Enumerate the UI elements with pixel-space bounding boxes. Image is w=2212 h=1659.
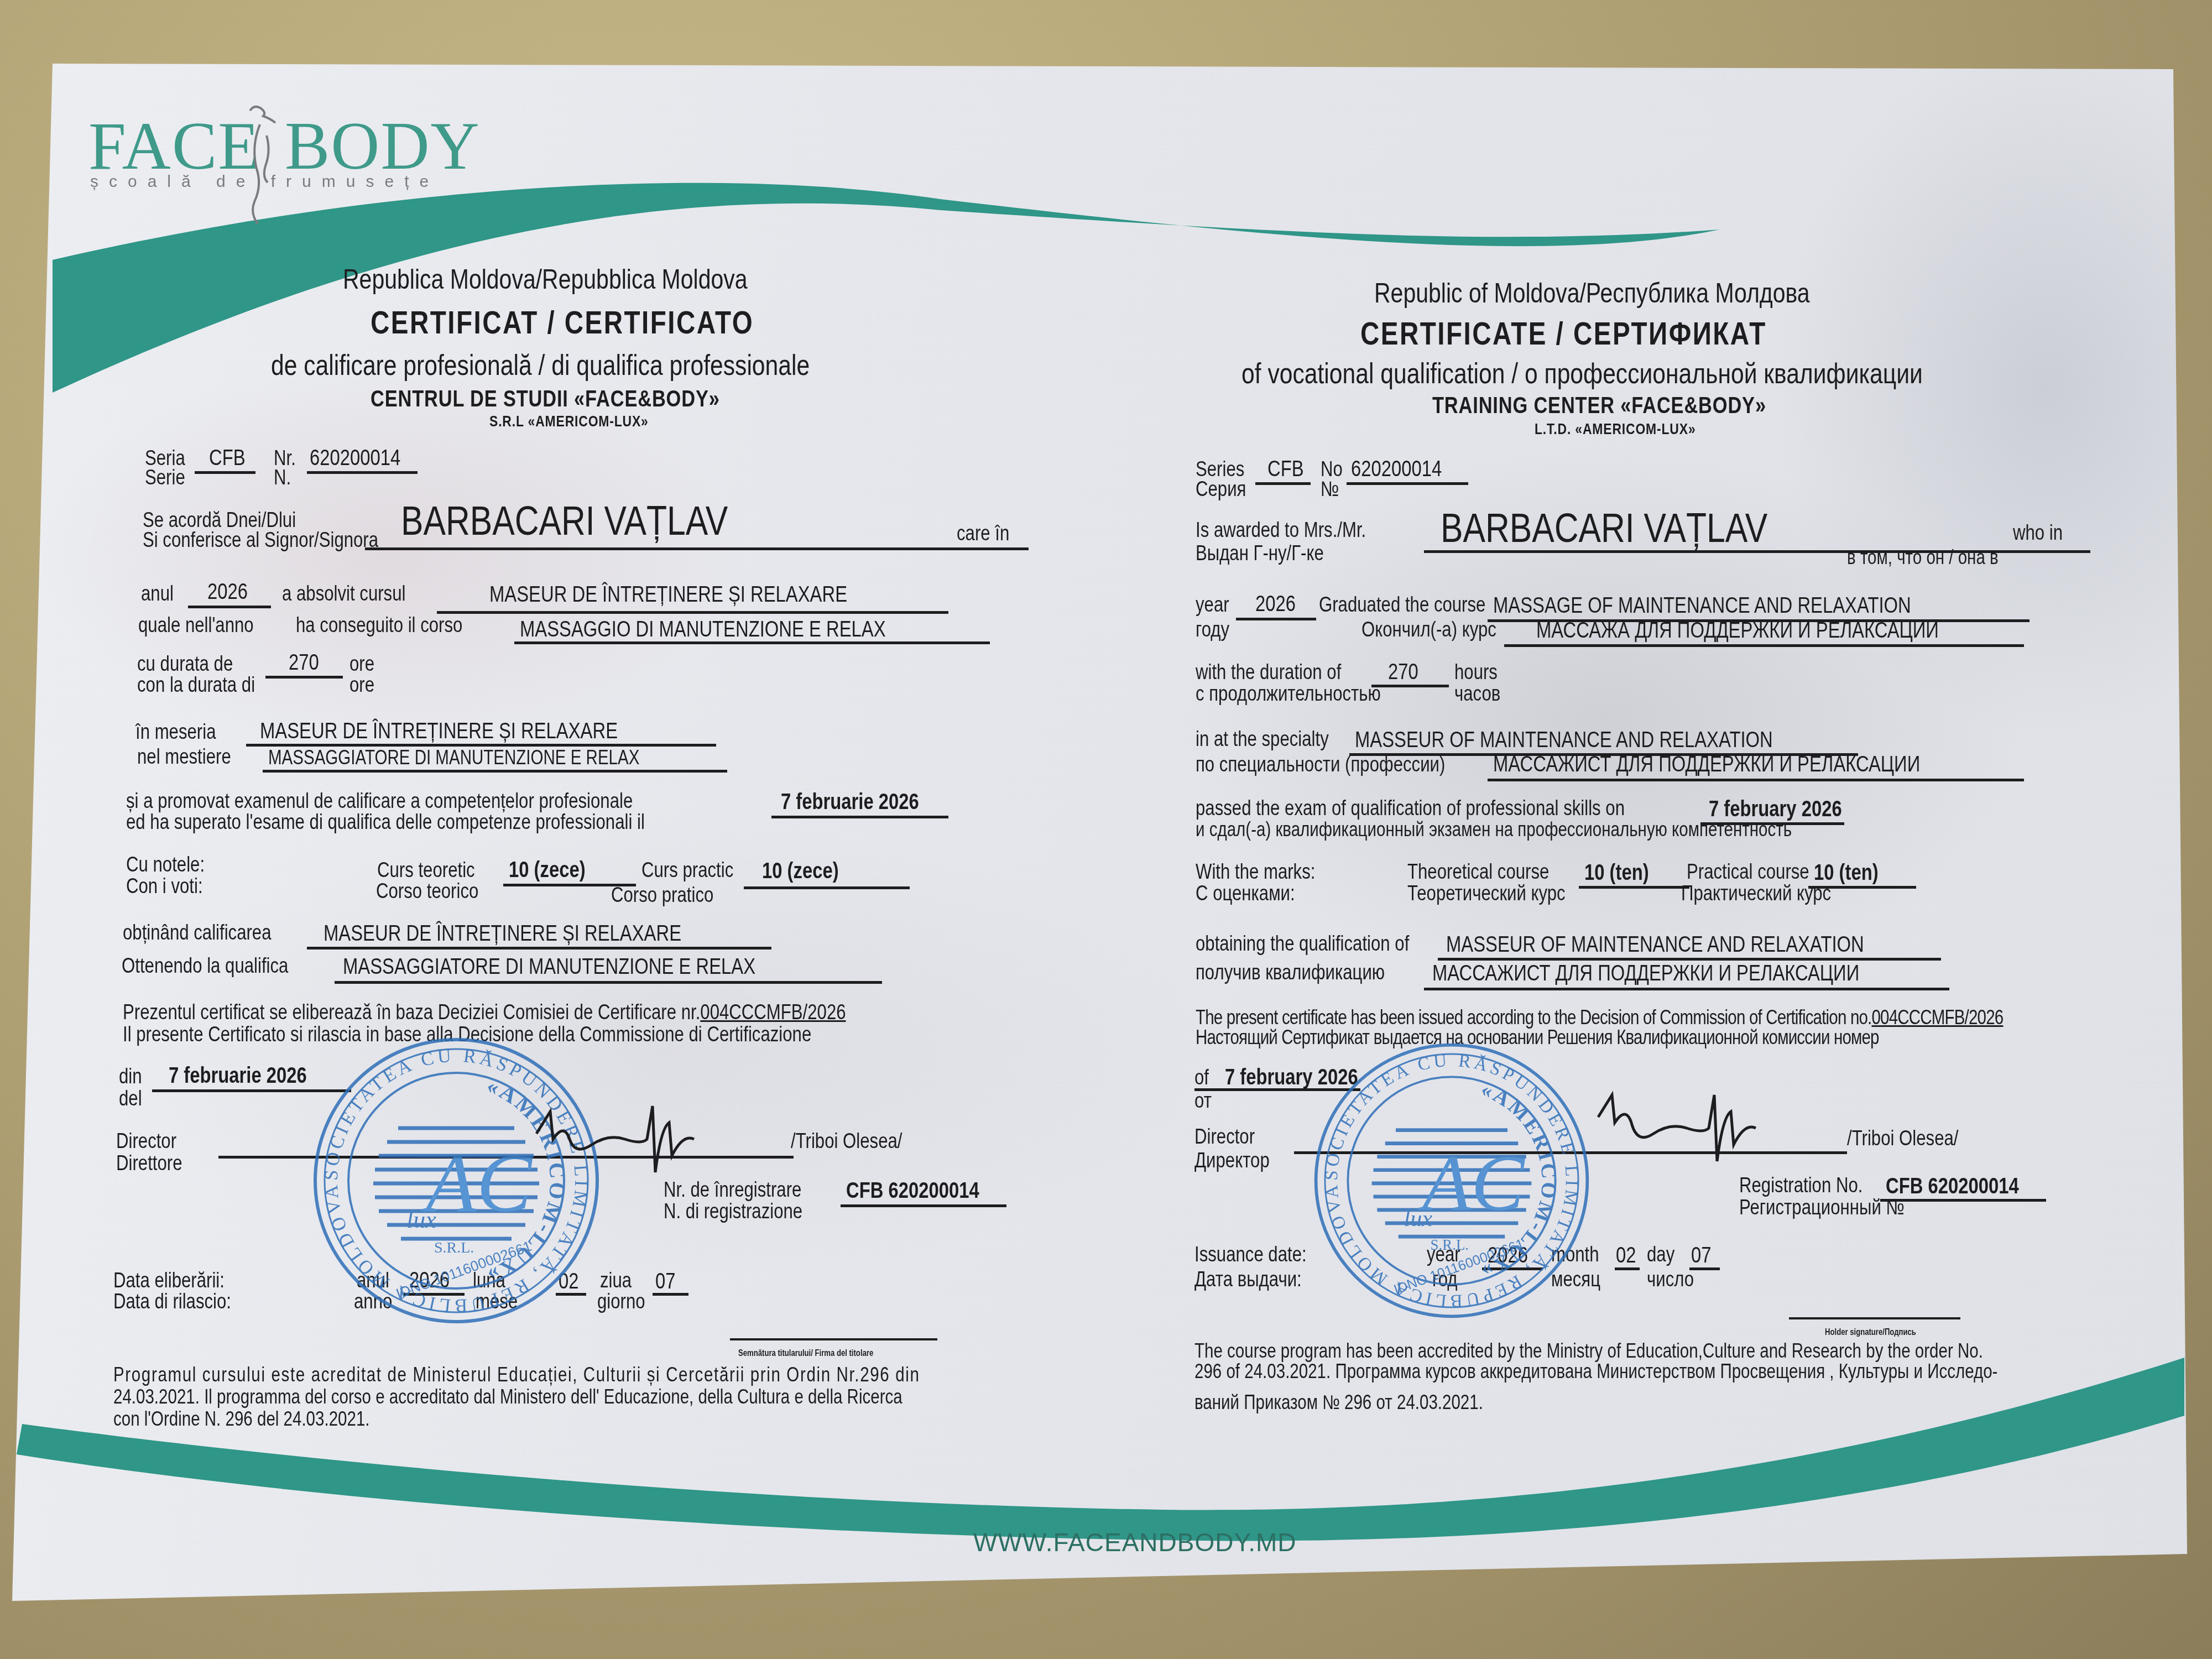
right-accreditation-line-1: The course program has been accredited b… [1194,1341,1983,1361]
right-exam-date: 7 february 2026 [1709,798,1842,820]
right-issue-date-label: Issuance date: [1194,1244,1307,1265]
left-issue-day-label-it: giorno [597,1291,645,1312]
right-director-name: /Triboi Olesea/ [1847,1128,1958,1149]
left-certificate-subtitle: de calificare profesională / di qualific… [271,351,810,380]
right-trade-label-ru: по специальности (профессии) [1196,754,1445,775]
right-director-signature [1593,1084,1792,1172]
right-issue-month-value: 02 [1616,1244,1636,1266]
right-accreditation-line-2: 296 of 24.03.2021. Программа курсов аккр… [1194,1361,1997,1381]
right-country-heading: Republic of Moldova/Республика Молдова [1374,279,1810,307]
left-series-underline [195,471,255,474]
left-awarded-label: Se acordă Dnei/Dlui [143,510,296,531]
left-director-label: Director [116,1131,176,1152]
right-trade-label: in at the specialty [1196,729,1329,750]
right-accreditation-line-3: ваний Приказом № 296 от 24.03.2021. [1194,1392,1483,1412]
left-series-label-it: Serie [145,467,185,488]
right-issue-day-label: day [1647,1244,1674,1265]
right-course-value-ru: МАССАЖА ДЛЯ ПОДДЕРЖКИ И РЕЛАКСАЦИИ [1536,619,1939,641]
left-number-value: 620200014 [310,447,400,469]
right-course-underline-ru [1504,644,2024,647]
left-director-label-it: Direttore [116,1153,182,1174]
right-issue-day-value: 07 [1691,1244,1711,1266]
left-course-underline-ro [437,611,948,614]
right-company-name: L.T.D. «AMERICOM-LUX» [1535,421,1695,437]
right-qualification-label-ru: получив квалификацию [1196,962,1385,983]
right-issue-month-underline [1615,1267,1640,1270]
right-duration-underline [1371,685,1449,687]
left-year-underline [188,606,271,608]
left-exam-label: și a promovat examenul de calificare a c… [126,791,633,812]
left-exam-underline [771,816,948,818]
right-duration-label: with the duration of [1196,662,1341,683]
left-stamp-monogram: AC [421,1138,533,1229]
left-trade-value-it: MASSAGGIATORE DI MANUTENZIONE E RELAX [268,748,639,768]
left-duration-label-it: con la durata di [137,675,255,696]
left-trade-label-it: nel mestiere [137,747,231,768]
right-qualification-underline-ru [1424,988,1949,990]
left-decision-text: Prezentul certificat se eliberează în ba… [123,1002,846,1023]
left-practice-label: Curs practic [641,860,733,881]
right-duration-value: 270 [1388,661,1418,683]
right-issue-day-underline [1689,1267,1720,1270]
left-qualification-label: obținând calificarea [123,922,271,943]
right-company-stamp: SOCIETATEA CU RĂSPUNDERE LIMITATĂ, REPUB… [1311,1040,1593,1322]
right-certificate-title: CERTIFICATE / СЕРТИФИКАТ [1360,318,1767,350]
right-director-label: Director [1194,1126,1255,1147]
left-issue-date-label: Data eliberării: [113,1270,225,1291]
right-holder-signature-label: Holder signature/Подпись [1825,1328,1916,1337]
left-decision-number: 004CCCMFB/2026 [700,1001,846,1024]
left-duration-label: cu durata de [137,654,233,675]
right-year-label: year [1196,594,1229,615]
right-registration-underline [1880,1199,2046,1202]
left-marks-label: Cu notele: [126,854,205,875]
right-series-label: Series [1196,459,1244,480]
right-awarded-label-ru: Выдан Г-ну/Г-ке [1196,543,1324,564]
left-theory-label: Curs teoretic [377,860,475,881]
right-director-label-ru: Директор [1194,1150,1270,1171]
left-qualification-underline-ro [307,947,771,950]
left-company-name: S.R.L «AMERICOM-LUX» [489,414,649,429]
right-qualification-value-ru: МАССАЖИСТ ДЛЯ ПОДДЕРЖКИ И РЕЛАКСАЦИИ [1432,962,1859,984]
right-series-label-ru: Серия [1196,479,1246,500]
left-holder-signature-label: Semnătura titularului/ Firma del titolar… [738,1349,873,1358]
right-decision-text: The present certificate has been issued … [1196,1008,2003,1027]
right-course-value-en: MASSAGE OF MAINTENANCE AND RELAXATION [1493,594,1911,617]
left-stamp-lux: lux [406,1206,436,1233]
left-director-name: /Triboi Olesea/ [791,1131,902,1152]
right-issue-date-label-ru: Дата выдачи: [1194,1269,1302,1290]
left-theory-grade: 10 (zece) [509,859,586,881]
left-training-center: CENTRUL DE STUDII «FACE&BODY» [371,387,720,410]
logo-tagline: școală de frumusețe [90,173,439,191]
right-exam-label: passed the exam of qualification of prof… [1196,798,1625,819]
right-marks-label-ru: С оценками: [1196,883,1295,904]
left-registration-label-it: N. di registrazione [664,1201,802,1222]
right-awarded-suffix-ru: в том, что он / она в [1847,547,1999,567]
left-exam-label-it: ed ha superato l'esame di qualifica dell… [126,812,645,833]
left-trade-value-ro: MASEUR DE ÎNTREȚINERE ȘI RELAXARE [260,720,618,742]
right-qualification-label: obtaining the qualification of [1196,933,1409,954]
left-course-label: a absolvit cursul [282,583,405,604]
left-recipient-name: BARBACARI VAȚLAV [401,500,728,541]
right-decision-date-label-ru: от [1194,1091,1212,1112]
left-theory-label-it: Corso teorico [376,881,478,902]
left-year-label: anul [141,583,174,604]
left-practice-grade: 10 (zece) [762,860,839,882]
left-registration-underline [841,1204,1006,1207]
left-awarded-suffix: care în [957,523,1009,544]
right-course-label-ru: Окончил(-а) курс [1361,619,1496,640]
right-certificate-subtitle: of vocational qualification / о професси… [1241,359,1923,388]
left-issue-day-underline [653,1293,688,1296]
right-awarded-label: Is awarded to Mrs./Mr. [1196,520,1366,541]
left-duration-underline [265,676,343,679]
left-accreditation-line-3: con l'Ordine N. 296 del 24.03.2021. [113,1409,370,1429]
left-name-underline [365,547,1029,550]
left-trade-underline-it [263,770,727,773]
right-holder-signature-line [1789,1317,1960,1319]
right-trade-underline-ru [1488,779,2024,781]
right-stamp-lux: lux [1404,1206,1432,1232]
left-certificate-title: CERTIFICAT / CERTIFICATO [371,307,754,339]
right-stamp-monogram: AC [1418,1139,1525,1228]
left-duration-value: 270 [289,651,319,674]
left-country-heading: Republica Moldova/Repubblica Moldova [343,265,748,293]
right-year-label-ru: году [1196,619,1229,640]
left-accreditation-line-1: Programul cursului este acreditat de Min… [113,1365,920,1385]
left-exam-date: 7 februarie 2026 [781,791,919,813]
left-decision-date-label: din [119,1066,142,1087]
right-number-label-ru: № [1321,479,1339,500]
right-series-underline [1255,482,1311,485]
left-decision-date-value: 7 februarie 2026 [169,1065,307,1087]
left-duration-unit: ore [349,654,374,675]
right-theory-underline [1579,886,1689,889]
left-director-signature [531,1095,730,1183]
right-number-label: No [1321,459,1343,480]
right-issue-day-label-ru: число [1647,1269,1694,1290]
left-number-label-it: N. [274,467,291,488]
right-duration-unit-ru: часов [1454,684,1500,705]
left-registration-value: CFB 620200014 [846,1180,979,1202]
left-practice-label-it: Corso pratico [611,885,713,906]
right-qualification-underline-en [1438,958,1941,961]
right-theory-label: Theoretical course [1407,862,1549,883]
right-course-label: Graduated the course [1319,594,1485,615]
right-stamp-srl: S.R.L. [1431,1237,1469,1253]
left-year-label-it: quale nell'anno [138,615,254,636]
right-qualification-value-en: MASSEUR OF MAINTENANCE AND RELAXATION [1446,933,1864,956]
left-awarded-label-it: Si conferisce al Signor/Signora [143,530,378,551]
left-course-value-it: MASSAGGIO DI MANUTENZIONE E RELAX [520,618,886,640]
right-theory-label-ru: Теоретический курс [1407,883,1566,904]
right-registration-value: CFB 620200014 [1886,1175,2019,1197]
right-number-value: 620200014 [1351,458,1442,480]
left-holder-signature-line [730,1338,937,1340]
right-registration-label: Registration No. [1739,1175,1863,1196]
right-exam-label-ru: и сдал(-а) квалификационный экзамен на п… [1196,820,1792,839]
left-accreditation-line-2: 24.03.2021. Il programma del corso e acc… [113,1387,902,1407]
right-year-underline [1236,618,1316,620]
left-issue-day-label: ziua [600,1270,632,1291]
left-qualification-value-it: MASSAGGIATORE DI MANUTENZIONE E RELAX [343,956,755,978]
right-practice-label: Practical course [1687,862,1809,883]
left-marks-label-it: Con i voti: [126,876,203,897]
right-duration-unit: hours [1454,662,1498,683]
left-qualification-value-ro: MASEUR DE ÎNTREȚINERE ȘI RELAXARE [324,922,681,945]
left-qualification-underline-it [335,981,882,984]
left-issue-date-label-it: Data di rilascio: [113,1291,231,1312]
left-year-value: 2026 [207,581,248,603]
right-theory-grade: 10 (ten) [1584,862,1649,884]
right-series-value: CFB [1267,458,1304,480]
right-number-underline [1347,482,1468,485]
left-issue-day-value: 07 [655,1270,675,1292]
right-decision-number: 004CCCMFB/2026 [1871,1006,2003,1029]
right-awarded-suffix: who in [2013,523,2063,544]
right-trade-value-ru: МАССАЖИСТ ДЛЯ ПОДДЕРЖКИ И РЕЛАКСАЦИИ [1493,753,1920,775]
right-duration-label-ru: с продолжительностью [1196,684,1381,705]
left-duration-unit-it: ore [349,675,374,696]
left-course-value-ro: MASEUR DE ÎNTREȚINERE ȘI RELAXARE [489,583,847,606]
left-decision-date-label-it: del [119,1088,142,1109]
right-training-center: TRAINING CENTER «FACE&BODY» [1432,394,1766,417]
right-recipient-name: BARBACARI VAȚLAV [1441,508,1767,549]
left-series-value: CFB [209,447,246,469]
right-practice-grade: 10 (ten) [1814,862,1879,884]
website-url: WWW.FACEANDBODY.MD [973,1527,1297,1557]
left-practice-underline [744,886,910,889]
right-practice-underline [1808,886,1916,889]
left-qualification-label-it: Ottenendo la qualifica [122,956,288,977]
left-stamp-srl: S.R.L. [434,1239,474,1256]
right-trade-value-en: MASSEUR OF MAINTENANCE AND RELAXATION [1355,729,1773,751]
right-year-value: 2026 [1255,593,1296,615]
right-decision-date-label: of [1194,1067,1209,1088]
left-course-underline-it [514,641,990,644]
right-marks-label: With the marks: [1196,862,1315,883]
left-number-underline [307,471,418,474]
left-trade-label: în meseria [135,722,216,743]
left-course-label-it: ha conseguito il corso [296,615,462,636]
